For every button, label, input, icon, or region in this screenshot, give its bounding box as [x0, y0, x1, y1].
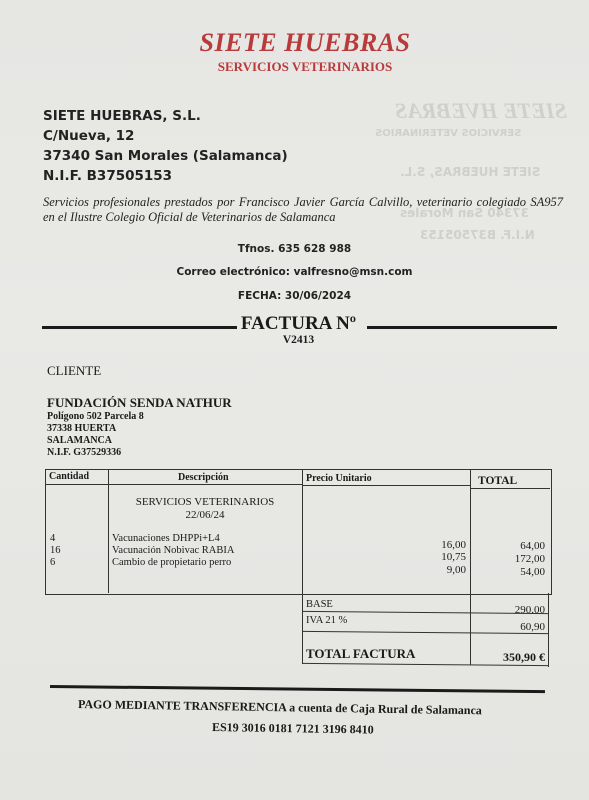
header-divider-mid	[302, 485, 470, 486]
row-description: Cambio de propietario perro	[112, 557, 231, 568]
ghost-nif: N.I.F. B37505153	[420, 228, 535, 242]
rule-bottom	[50, 685, 545, 693]
row-total: 54,00	[474, 566, 545, 578]
header-total: TOTAL	[478, 475, 517, 487]
issuer-nif: N.I.F. B37505153	[43, 168, 172, 184]
row-unit-price: 9,00	[400, 564, 466, 576]
row-total: 64,00	[474, 540, 545, 552]
header-divider-right	[470, 488, 550, 489]
issuer-name: SIETE HUEBRAS, S.L.	[43, 108, 201, 124]
payment-iban: ES19 3016 0181 7121 3196 8410	[212, 720, 374, 738]
base-value: 290.00	[474, 604, 545, 616]
client-address: Polígono 502 Parcela 8	[47, 411, 144, 422]
invoice-date: FECHA: 30/06/2024	[0, 290, 589, 302]
row-quantity: 4	[50, 533, 55, 544]
header-quantity: Cantidad	[49, 471, 89, 482]
base-label: BASE	[306, 599, 333, 610]
header-description: Descripción	[178, 472, 229, 483]
row-quantity: 16	[50, 545, 61, 556]
email: Correo electrónico: valfresno@msn.com	[0, 266, 589, 278]
row-description: Vacunación Nobivac RABIA	[112, 545, 234, 556]
header-divider-left	[45, 484, 302, 485]
total-label: TOTAL FACTURA	[306, 646, 415, 662]
summary-left-border	[302, 593, 303, 664]
total-value: 350,90 €	[470, 650, 545, 665]
phones: Tfnos. 635 628 988	[0, 243, 589, 255]
row-quantity: 6	[50, 557, 55, 568]
col-divider-3	[470, 469, 471, 665]
row-unit-price: 16,00	[400, 539, 466, 551]
iva-value: 60,90	[474, 621, 545, 633]
issuer-street: C/Nueva, 12	[43, 128, 134, 144]
row-unit-price: 10,75	[400, 551, 466, 563]
client-name: FUNDACIÓN SENDA NATHUR	[47, 395, 232, 411]
ghost-company: SIETE HUEBRAS, S.L.	[400, 165, 540, 179]
client-label: CLIENTE	[47, 363, 101, 379]
professional-note: Servicios profesionales prestados por Fr…	[43, 195, 563, 225]
logo-title: SIETE HUEBRAS	[0, 28, 589, 58]
col-divider-2	[302, 469, 303, 593]
col-divider-1	[108, 469, 109, 593]
logo-subtitle: SERVICIOS VETERINARIOS	[0, 59, 589, 75]
payment-instructions: PAGO MEDIANTE TRANSFERENCIA a cuenta de …	[78, 697, 482, 718]
invoice-number: V2413	[0, 334, 589, 346]
section-date: 22/06/24	[108, 509, 302, 521]
summary-right-border	[548, 593, 549, 667]
client-city: 37338 HUERTA	[47, 423, 116, 434]
client-province: SALAMANCA	[47, 435, 112, 446]
section-title: SERVICIOS VETERINARIOS	[108, 496, 302, 508]
ghost-logo: SIETE HVEBRAS	[395, 98, 567, 124]
invoice-page: SIETE HVEBRAS SERVICIOS VETERINARIOS SIE…	[0, 0, 589, 800]
row-total: 172,00	[474, 553, 545, 565]
client-nif: N.I.F. G37529336	[47, 447, 121, 458]
row-description: Vacunaciones DHPPi+L4	[112, 533, 220, 544]
iva-label: IVA 21 %	[306, 615, 347, 626]
header-unit-price: Precio Unitario	[306, 473, 372, 484]
ghost-subtitle: SERVICIOS VETERINARIOS	[375, 128, 521, 139]
issuer-city: 37340 San Morales (Salamanca)	[43, 148, 288, 164]
invoice-title: FACTURA Nº	[0, 313, 589, 335]
